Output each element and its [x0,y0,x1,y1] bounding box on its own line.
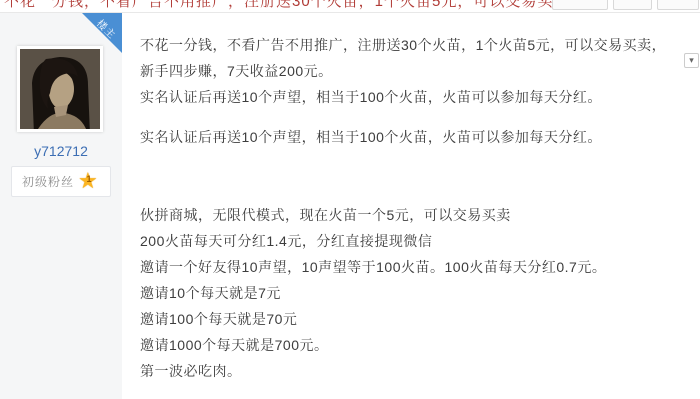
post-line: 不花一分钱，不看广告不用推广，注册送30个火苗，1个火苗5元，可以交易买卖，新手… [140,32,680,84]
thread-title-text: 不花一分钱，不看广告不用推广，注册送30个火苗，1个火苗5元，可以交易买卖 [4,0,569,10]
post-line: 200火苗每天可分红1.4元，分红直接提现微信 [140,228,680,254]
thread-title-bar: 不花一分钱，不看广告不用推广，注册送30个火苗，1个火苗5元，可以交易买卖… [0,0,700,13]
username-link[interactable]: y712712 [0,143,122,159]
post-line: 实名认证后再送10个声望，相当于100个火苗，火苗可以参加每天分红。 [140,84,680,110]
level-star-icon: ★ 1 [78,171,100,193]
fan-badge[interactable]: 初级粉丝 ★ 1 [11,166,111,197]
level-number: 1 [78,174,100,184]
toolbar-button-3[interactable] [657,0,699,10]
post-line: 第一波必吃肉。 [140,358,680,384]
author-sidebar: 楼主 y712712 初级粉丝 ★ 1 [0,13,122,399]
avatar-portrait-image [20,49,100,129]
toolbar-button-1[interactable] [552,0,608,10]
fan-badge-label: 初级粉丝 [22,173,74,190]
post-line: 实名认证后再送10个声望，相当于100个火苗，火苗可以参加每天分红。 [140,124,680,150]
post-line: 邀请100个每天就是70元 [140,306,680,332]
post-line: 邀请一个好友得10声望，10声望等于100火苗。100火苗每天分红0.7元。 [140,254,680,280]
post-content: 不花一分钱，不看广告不用推广，注册送30个火苗，1个火苗5元，可以交易买卖，新手… [140,32,680,384]
post-line: 邀请10个每天就是7元 [140,280,680,306]
floor-menu-caret-icon[interactable]: ▾ [684,53,699,68]
post-line: 伙拼商城，无限代模式，现在火苗一个5元，可以交易买卖 [140,202,680,228]
thread-page: 不花一分钱，不看广告不用推广，注册送30个火苗，1个火苗5元，可以交易买卖… 楼… [0,0,700,399]
toolbar-button-2[interactable] [613,0,652,10]
avatar[interactable] [17,46,103,132]
thread-title: 不花一分钱，不看广告不用推广，注册送30个火苗，1个火苗5元，可以交易买卖… [4,0,583,11]
post-line: 邀请1000个每天就是700元。 [140,332,680,358]
